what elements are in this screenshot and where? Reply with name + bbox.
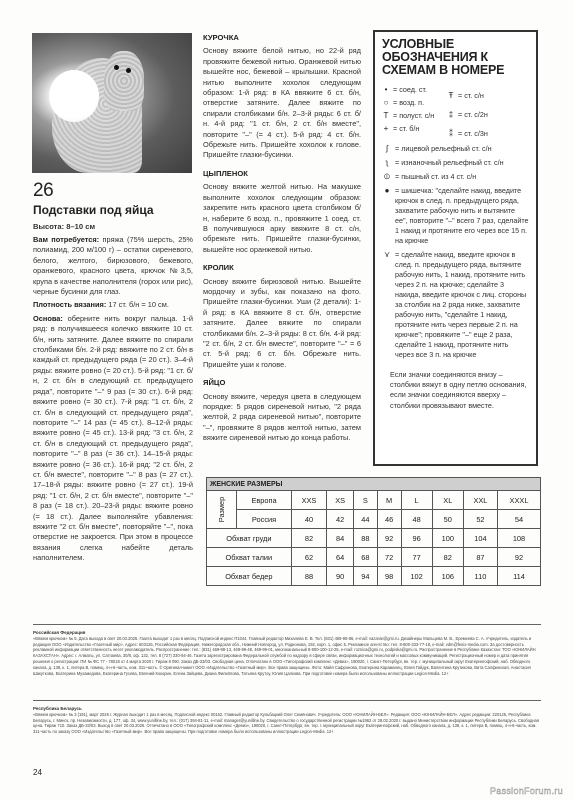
row-label: Обхват груди [207, 529, 292, 548]
cell: 96 [401, 529, 432, 548]
section-heading-hen: КУРОЧКА [203, 33, 361, 43]
cell: 92 [497, 548, 540, 567]
table-row: Обхват талии 62 64 68 72 77 82 87 92 [207, 548, 541, 567]
double-treble-icon: ⁑ [447, 129, 455, 138]
legend-title: УСЛОВНЫЕ ОБОЗНАЧЕНИЯ К СХЕМАМ В НОМЕРЕ [382, 38, 529, 77]
cell: 88 [353, 529, 377, 548]
legend-line: ʅ= изнаночный рельефный ст. с/н [382, 158, 529, 168]
materials-paragraph: Вам потребуется: пряжа (75% шерсть, 25% … [33, 235, 193, 297]
legend-line: ʃ= лицевой рельефный ст. с/н [382, 144, 529, 154]
cell: M [377, 491, 401, 510]
legend-line: ⦶= пышный ст. из 4 ст. с/н [382, 172, 529, 182]
table-row: Обхват груди 82 84 88 92 96 100 104 108 [207, 529, 541, 548]
table-caption: ЖЕНСКИЕ РАЗМЕРЫ [207, 478, 541, 491]
gauge-label: Плотность вязания: [33, 300, 106, 309]
project-height: Высота: 8–10 см [33, 222, 95, 231]
materials-text: пряжа (75% шерсть, 25% полиамид, 200 м/1… [33, 235, 193, 296]
legend-item: Ŧ= ст. с/н [447, 89, 529, 102]
cell: 48 [401, 510, 432, 529]
cell: 82 [432, 548, 463, 567]
section-heading-egg: ЯЙЦО [203, 378, 361, 388]
row-label: Европа [237, 491, 291, 510]
cell: 88 [291, 567, 327, 586]
single-crochet-icon: + [382, 124, 390, 133]
chain-stitch-icon: ○ [382, 98, 390, 107]
row-label: Россия [237, 510, 291, 529]
treble-crochet-icon: ‡ [447, 110, 455, 119]
legend-label: = сделайте накид, введите крючок в след.… [395, 250, 529, 360]
cell: 42 [327, 510, 354, 529]
cell: 54 [497, 510, 540, 529]
cell: 108 [497, 529, 540, 548]
project-title: Подставки под яйца [33, 203, 154, 217]
legend-item: T= полуст. с/н [382, 109, 447, 122]
section-heading-chick: ЦЫПЛЕНОК [203, 169, 361, 179]
base-paragraph: Основа: оберните нить вокруг пальца. 1-й… [33, 314, 193, 564]
legend-label: = ст. б/н [393, 124, 419, 133]
materials-label: Вам потребуется: [33, 235, 99, 244]
watermark: PassionForum.ru [490, 786, 563, 796]
cell: 62 [291, 548, 327, 567]
row-label: Обхват талии [207, 548, 292, 567]
cell: 92 [377, 529, 401, 548]
gauge-paragraph: Плотность вязания: 17 ст. б/н = 10 см. [33, 300, 193, 310]
section-text-egg: Основу вяжите, чередуя цвета в следующем… [203, 392, 361, 444]
puff-stitch-icon: ⦶ [382, 172, 392, 182]
front-post-icon: ʃ [382, 144, 392, 154]
instructions-left: Вам потребуется: пряжа (75% шерсть, 25% … [33, 235, 193, 567]
cell: 50 [432, 510, 463, 529]
table-row: Россия 40 42 44 46 48 50 52 54 [207, 510, 541, 529]
legend-item: ○= возд. п. [382, 96, 447, 109]
size-group-text: Размер [217, 497, 226, 522]
instructions-middle: КУРОЧКА Основу вяжите белой нитью, но 22… [203, 33, 361, 452]
symbols-legend: УСЛОВНЫЕ ОБОЗНАЧЕНИЯ К СХЕМАМ В НОМЕРЕ •… [373, 30, 538, 466]
cell: 72 [377, 548, 401, 567]
cell: 64 [327, 548, 354, 567]
double-crochet-icon: Ŧ [447, 91, 455, 100]
cell: XXL [463, 491, 497, 510]
cell: 52 [463, 510, 497, 529]
legend-label: = соед. ст. [393, 85, 427, 94]
legend-right-column: Ŧ= ст. с/н ‡= ст. с/2н ⁑= ст. с/3н [447, 83, 529, 140]
divider [33, 624, 541, 625]
imprint-text: «Вяжем крючком» № 5. Дата выхода в свет … [33, 636, 541, 677]
legend-item: ⁑= ст. с/3н [447, 127, 529, 140]
cell: 40 [291, 510, 327, 529]
imprint-belarus: Республика Беларусь «Вяжем крючком» № 3 … [33, 706, 541, 735]
legend-line: ⋎= сделайте накид, введите крючок в след… [382, 250, 529, 360]
cell: 77 [401, 548, 432, 567]
eye-bead [114, 65, 119, 70]
magazine-page: 26 Подставки под яйца Высота: 8–10 см Ва… [0, 0, 573, 800]
cell: 104 [463, 529, 497, 548]
cell: 82 [291, 529, 327, 548]
half-double-icon: T [382, 111, 390, 120]
legend-label: = полуст. с/н [393, 111, 434, 120]
cell: XXS [291, 491, 327, 510]
project-number: 26 [33, 180, 53, 202]
cell: 84 [327, 529, 354, 548]
legend-label: = ст. с/н [458, 91, 484, 100]
base-text: оберните нить вокруг пальца. 1-й ряд: в … [33, 314, 193, 562]
imprint-russia: Российская Федерация «Вяжем крючком» № 5… [33, 630, 541, 676]
legend-line: ●= шишечка: "сделайте накид, введите крю… [382, 186, 529, 246]
page-number: 24 [33, 768, 42, 777]
legend-label: = ст. с/3н [458, 129, 488, 138]
egg [49, 70, 99, 122]
legend-label: = изнаночный рельефный ст. с/н [395, 158, 504, 168]
table-row: Размер Европа XXS XS S M L XL XXL XXXL [207, 491, 541, 510]
back-post-icon: ʅ [382, 158, 392, 168]
legend-label: = шишечка: "сделайте накид, введите крюч… [395, 186, 529, 246]
cell: 114 [497, 567, 540, 586]
legend-item: •= соед. ст. [382, 83, 447, 96]
legend-label: = ст. с/2н [458, 110, 488, 119]
table-row: Обхват бедер 88 90 94 98 102 106 110 114 [207, 567, 541, 586]
cell: L [401, 491, 432, 510]
legend-left-column: •= соед. ст. ○= возд. п. T= полуст. с/н … [382, 83, 447, 140]
legend-label: = возд. п. [393, 98, 424, 107]
cell: 98 [377, 567, 401, 586]
legend-grid: •= соед. ст. ○= возд. п. T= полуст. с/н … [382, 83, 529, 140]
base-label: Основа: [33, 314, 63, 323]
gauge-text: 17 ст. б/н = 10 см. [106, 300, 169, 309]
knitted-hen-head [104, 51, 144, 111]
imprint-text: «Вяжем крючком» № 3 (191), март 2026 г. … [33, 712, 541, 735]
size-group-label: Размер [207, 491, 237, 529]
cell: 102 [401, 567, 432, 586]
cell: 90 [327, 567, 354, 586]
section-heading-rabbit: КРОЛИК [203, 263, 361, 273]
cell: 44 [353, 510, 377, 529]
legend-item: ‡= ст. с/2н [447, 108, 529, 121]
cell: XXXL [497, 491, 540, 510]
combined-stitch-icon: ⋎ [382, 250, 392, 360]
divider [33, 700, 541, 701]
cell: 100 [432, 529, 463, 548]
cell: 87 [463, 548, 497, 567]
cell: XL [432, 491, 463, 510]
cell: 68 [353, 548, 377, 567]
women-sizes-table: ЖЕНСКИЕ РАЗМЕРЫ Размер Европа XXS XS S M… [206, 477, 541, 586]
section-text-chick: Основу вяжите желтой нитью. На макушке в… [203, 182, 361, 255]
bobble-icon: ● [382, 186, 392, 246]
egg-holder-photo [32, 33, 192, 173]
cell: 94 [353, 567, 377, 586]
cell: XS [327, 491, 354, 510]
legend-label: = пышный ст. из 4 ст. с/н [395, 172, 476, 182]
legend-item: += ст. б/н [382, 122, 447, 135]
cell: 110 [463, 567, 497, 586]
section-text-rabbit: Основу вяжите бирюзовой нитью. Вышейте м… [203, 277, 361, 371]
legend-note: Если значки соединяются внизу – столбики… [382, 370, 529, 411]
row-label: Обхват бедер [207, 567, 292, 586]
cell: S [353, 491, 377, 510]
eye-bead [126, 68, 131, 73]
cell: 106 [432, 567, 463, 586]
section-text-hen: Основу вяжите белой нитью, но 22-й ряд п… [203, 46, 361, 160]
legend-label: = лицевой рельефный ст. с/н [395, 144, 492, 154]
slip-stitch-icon: • [382, 85, 390, 94]
cell: 46 [377, 510, 401, 529]
